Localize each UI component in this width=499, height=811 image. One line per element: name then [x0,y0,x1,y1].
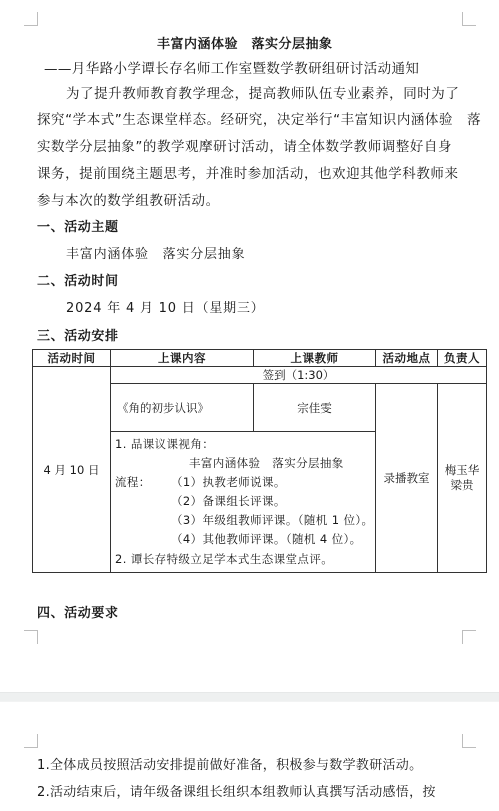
activity-item-1: 1. 品课议课视角： [115,436,214,452]
activity-step-4: （4）其他教师评课。（随机 4 位）。 [171,531,362,547]
header-person: 负责人 [438,350,487,367]
page-break [0,692,499,702]
cell-location: 录播教室 [376,384,438,573]
activity-step-3: （3）年级组教师评课。（随机 1 位）。 [171,512,373,528]
margin-corner-bottom-left [24,630,38,644]
section-content-time: 2024 年 4 月 10 日（星期三） [66,297,265,316]
page-1: 丰富内涵体验 落实分层抽象 ——月华路小学谭长存名师工作室暨数学教研组研讨活动通… [0,0,499,692]
margin-corner-top-right [462,12,476,26]
margin-corner-top-right-p2 [462,734,476,748]
activity-step-2: （2）备课组长评课。 [171,493,286,509]
margin-corner-top-left [24,12,38,26]
intro-line-5: 参与本次的数学组教研活动。 [37,189,220,209]
person-2: 梁贵 [438,478,486,493]
page-2: 1.全体成员按照活动安排提前做好准备，积极参与数学教研活动。 2.活动结束后，请… [0,702,499,811]
cell-persons: 梅玉华 梁贵 [438,384,487,573]
intro-line-1: 为了提升教师教育教学理念，提高教师队伍专业素养，同时为了 [66,82,459,102]
cell-lesson-content: 《角的初步认识》 [111,384,254,432]
section-heading-schedule: 三、活动安排 [37,325,119,344]
activity-theme: 丰富内涵体验 落实分层抽象 [189,455,344,471]
margin-corner-bottom-right [462,630,476,644]
intro-line-2: 探究“学本式”生态课堂样态。经研究，决定举行“丰富知识内涵体验 落 [37,108,481,128]
cell-date: 4 月 10 日 [33,367,111,573]
cell-lesson-teacher: 宗佳雯 [254,384,376,432]
activity-item-2: 2. 谭长存特级立足学本式生态课堂点评。 [115,551,333,567]
document-title: 丰富内涵体验 落实分层抽象 [157,33,333,52]
section-heading-time: 二、活动时间 [37,270,119,289]
person-1: 梅玉华 [438,463,486,478]
intro-line-3: 实数学分层抽象”的教学观摩研讨活动，请全体数学教师调整好自身 [37,135,452,155]
requirement-2: 2.活动结束后，请年级备课组长组织本组教师认真撰写活动感悟，按 [37,781,436,800]
schedule-table: 活动时间 上课内容 上课教师 活动地点 负责人 4 月 10 日 签到（1:30… [32,349,487,573]
section-heading-requirements: 四、活动要求 [37,602,119,621]
cell-activity: 1. 品课议课视角： 丰富内涵体验 落实分层抽象 流程： （1）执教老师说课。 … [111,432,376,573]
header-content: 上课内容 [111,350,254,367]
section-content-theme: 丰富内涵体验 落实分层抽象 [66,243,245,262]
intro-line-4: 课务，提前围绕主题思考，并准时参加活动，也欢迎其他学科教师来 [37,162,459,182]
header-teacher: 上课教师 [254,350,376,367]
header-location: 活动地点 [376,350,438,367]
requirement-1: 1.全体成员按照活动安排提前做好准备，积极参与数学教研活动。 [37,754,422,773]
cell-signin: 签到（1:30） [111,367,487,384]
table-header-row: 活动时间 上课内容 上课教师 活动地点 负责人 [33,350,487,367]
activity-flow-label: 流程： [115,474,151,490]
section-heading-theme: 一、活动主题 [37,216,119,235]
document-viewport[interactable]: 丰富内涵体验 落实分层抽象 ——月华路小学谭长存名师工作室暨数学教研组研讨活动通… [0,0,499,811]
activity-step-1: （1）执教老师说课。 [171,474,286,490]
header-time: 活动时间 [33,350,111,367]
margin-corner-top-left-p2 [24,734,38,748]
document-subtitle: ——月华路小学谭长存名师工作室暨数学教研组研讨活动通知 [44,57,419,77]
table-row-signin: 4 月 10 日 签到（1:30） [33,367,487,384]
